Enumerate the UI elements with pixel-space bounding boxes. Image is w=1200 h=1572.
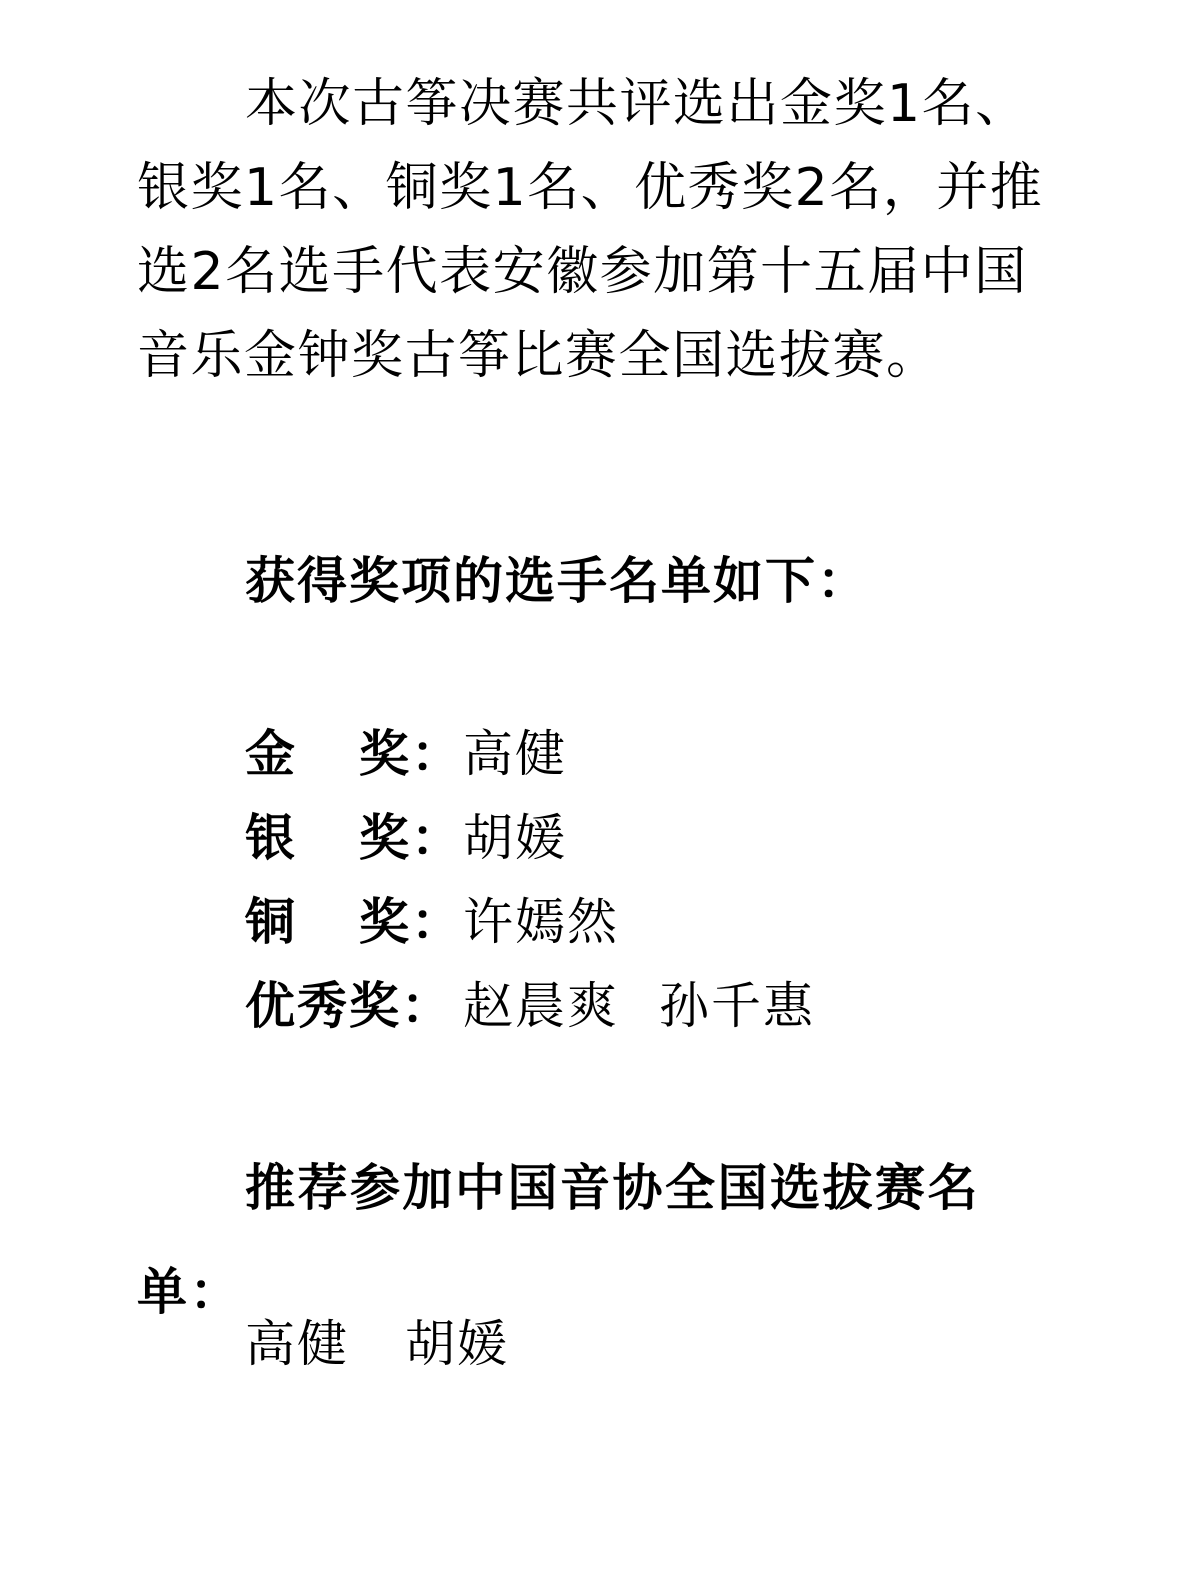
intro-paragraph: 本次古筝决赛共评选出金奖1名、银奖1名、铜奖1名、优秀奖2名，并推选2名选手代表… — [137, 62, 1067, 398]
award-list: 金 奖： 高健 银 奖： 胡媛 铜 奖： — [245, 712, 815, 1048]
awards-heading: 获得奖项的选手名单如下： — [245, 546, 869, 616]
award-label: 金 奖： — [245, 712, 463, 796]
award-row-excellence: 优秀奖： 赵晨爽 孙千惠 — [245, 964, 815, 1048]
award-label: 铜 奖： — [245, 880, 463, 964]
winner-name: 赵晨爽 — [463, 964, 619, 1048]
award-label: 银 奖： — [245, 796, 463, 880]
award-names: 许嫣然 — [463, 880, 619, 964]
award-row-gold: 金 奖： 高健 — [245, 712, 815, 796]
award-names: 胡媛 — [463, 796, 567, 880]
award-label: 优秀奖： — [245, 964, 463, 1048]
award-names: 高健 — [463, 712, 567, 796]
award-row-bronze: 铜 奖： 许嫣然 — [245, 880, 815, 964]
award-names: 赵晨爽 孙千惠 — [463, 964, 815, 1048]
recommended-name: 高健 — [245, 1304, 349, 1384]
award-row-silver: 银 奖： 胡媛 — [245, 796, 815, 880]
winner-name: 孙千惠 — [659, 964, 815, 1048]
winner-name: 胡媛 — [463, 796, 567, 880]
winner-name: 高健 — [463, 712, 567, 796]
recommended-name: 胡媛 — [405, 1304, 509, 1384]
recommend-names: 高健 胡媛 — [245, 1304, 509, 1384]
document-page: 本次古筝决赛共评选出金奖1名、银奖1名、铜奖1名、优秀奖2名，并推选2名选手代表… — [0, 0, 1200, 1572]
winner-name: 许嫣然 — [463, 880, 619, 964]
